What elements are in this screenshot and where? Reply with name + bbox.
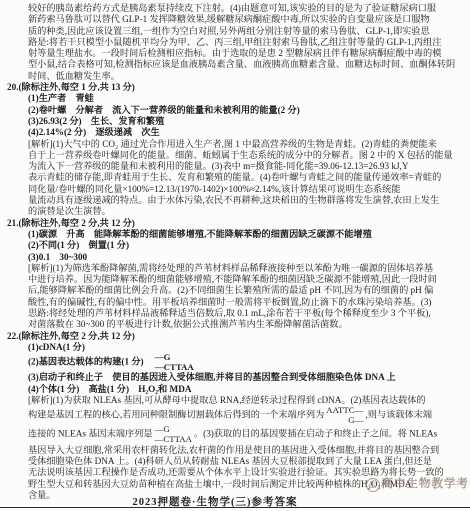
text-line: 时间、低血糖发生率。 xyxy=(7,71,467,82)
text-segment: [解析](1)大气中的 CO₂ 通过光合作用进入生产者,图 1 中最高营养级的生… xyxy=(28,139,437,149)
sticky-end-notation: —G—CTTAA xyxy=(155,353,194,372)
document-body: 较好的胰岛素给药方式是胰岛素泵持续皮下注射。(4)由题意可知,该实验的目的是为了… xyxy=(0,0,470,501)
text-line: [解析](1)大气中的 CO₂ 通过光合作用进入生产者,图 1 中最高营养级的生… xyxy=(7,139,467,150)
text-line: 量流动具有逐级递减的特点。由于水体污染,农民不再耕种,这块稻田的生物群落将发生演… xyxy=(7,195,467,206)
text-line: 对菌落数在 30~300 的平板进行计数,依据公式推测芦苇内生苯酚降解菌活菌数。 xyxy=(7,319,467,330)
text-line: (3)启动子和终止子 使目的基因进入受体细胞,并将目的基因整合到受体细胞染色体 … xyxy=(7,372,467,383)
text-line: (4)2.14%(2 分) 逐级递减 次生 xyxy=(7,127,467,138)
text-line: 野生型大豆和转基因大豆幼苗种植在高盐土壤中,一段时间后测定并比较两种植株的H₂O… xyxy=(7,479,467,490)
text-segment: 20.(除标注外,每空 1 分,共 13 分) xyxy=(7,82,135,92)
text-segment: 为流入下一营养级的能量和未被利用的能量。(3)表中 m=摄食能-同化能=39.0… xyxy=(28,161,408,171)
text-segment: 较好的胰岛素给药方式是胰岛素泵持续皮下注射。(4)由题意可知,该实验的目的是为了… xyxy=(28,3,436,13)
sticky-end-notation: AATTC—G— xyxy=(326,406,363,425)
text-line: 的演替是次生演替。 xyxy=(7,206,467,217)
text-segment: (2)不同(1 分) 倒置(1 分) xyxy=(28,240,129,250)
text-line: (2)基因表达载体的构建(1 分) —G—CTTAA xyxy=(7,353,467,372)
text-segment: 对菌落数在 30~300 的平板进行计数,依据公式推测芦苇内生苯酚降解菌活菌数。 xyxy=(28,319,348,329)
text-segment: 。(3)获取的目的基因要插在启动子和终止子之间。将 NLEAs xyxy=(194,429,437,439)
text-line: [解析](1)为筛选苯酚降解菌,需将经处理的芦苇材料样品稀释液接种至以苯酚为唯一… xyxy=(7,263,467,274)
text-line: 型小鼠,结合表格可知,检测指标应该是血液胰岛素含量、血液胰高血糖素含量、血糖达标… xyxy=(7,59,467,70)
text-segment: 22.(除标注外,每空 2 分,共 12 分) xyxy=(7,331,135,341)
text-line: 构建是基因工程的核心,若用同种限制酶切割载体后得到的一个末端序列为AATTC—G… xyxy=(7,406,467,425)
text-segment: (2)卷叶螺 分解者 流入下一营养级的能量和未被利用的能量(2 分) xyxy=(28,105,300,115)
text-segment: 同化量/卷叶螺的同化量×100%=12.13/(1970-1402)×100%≈… xyxy=(28,184,401,194)
text-segment: 野生型大豆和转基因大豆幼苗种植在高盐土壤中,一段时间后测定并比较两种植株的H₂O… xyxy=(28,479,411,489)
text-segment: (4)个体(1 分) 高盐(1 分) H₂O₂和 MDA xyxy=(28,384,191,394)
text-line: 射等量生理盐水。一段时间后检测相应指标。由于选取的是患 2 型糖尿病且伴有糖尿病… xyxy=(7,48,467,59)
answer-sheet-page: 较好的胰岛素给药方式是胰岛素泵持续皮下注射。(4)由题意可知,该实验的目的是为了… xyxy=(0,0,470,511)
text-line: (2)不同(1 分) 倒置(1 分) xyxy=(7,240,467,251)
text-segment: 后,能够降解苯酚的细菌比例会升高。(2)不同细菌生长繁殖所需的最适 pH 不同,… xyxy=(28,285,433,295)
text-segment: ,则与该载体末端 xyxy=(365,410,432,420)
text-segment: 型小鼠,结合表格可知,检测指标应该是血液胰岛素含量、血液胰高血糖素含量、血糖达标… xyxy=(28,59,455,69)
text-line: 表示青蛙的储存能,即青蛙用于生长、发育和繁殖的能量。(4)卷叶螺与青蛙之间的能量… xyxy=(7,172,467,183)
text-segment: 射等量生理盐水。一段时间后检测相应指标。由于选取的是患 2 型糖尿病且伴有糖尿病… xyxy=(28,48,441,58)
text-segment: 构建是基因工程的核心,若用同种限制酶切割载体后得到的一个末端序列为 xyxy=(28,410,324,420)
text-line: 新药索马鲁肽可以替代 GLP-1 发挥降糖效果,缓解糖尿病酮症酸中毒,所以实验的… xyxy=(7,14,467,25)
text-segment: 质的种类,因此应该设置三组,一组作为空白对照,另外两组分别注射等量的索马鲁肽、G… xyxy=(28,26,430,36)
text-segment: (3)26.93(2 分) 生长、发育和繁殖 xyxy=(28,116,164,126)
text-line: 同化量/卷叶螺的同化量×100%=12.13/(1970-1402)×100%≈… xyxy=(7,184,467,195)
text-segment: [解析](1)为筛选苯酚降解菌,需将经处理的芦苇材料样品稀释液接种至以苯酚为唯一… xyxy=(28,263,433,273)
text-line: (4)个体(1 分) 高盐(1 分) H₂O₂和 MDA xyxy=(7,384,467,395)
text-segment: 时间、低血糖发生率。 xyxy=(28,71,120,81)
text-line: (3)0.1 30~300 xyxy=(7,252,467,263)
text-line: [解析](1)为获取 NLEAs 基因,可从酵母中提取总 RNA,经逆转录过程得… xyxy=(7,395,467,406)
text-line: 路是:将若干只模型小鼠随机平均分为甲、乙、丙三组,甲组注射索马鲁肽,乙组注射等量… xyxy=(7,37,467,48)
text-segment: 新药索马鲁肽可以替代 GLP-1 发挥降糖效果,缓解糖尿病酮症酸中毒,所以实验的… xyxy=(28,14,430,24)
text-line: 受体细胞染色体 DNA 上。(4)科研人员从转耐盐 NLEAs 基因大豆根部提取… xyxy=(7,456,467,467)
text-segment: (1)生产者 青蛙 xyxy=(28,93,94,103)
text-line: 思路:将经处理的芦苇材料样品液稀释适当倍数后,取 0.1 mL,涂布若干平板(每… xyxy=(7,308,467,319)
text-segment: 表示青蛙的储存能,即青蛙用于生长、发育和繁殖的能量。(4)卷叶螺与青蛙之间的能量… xyxy=(28,172,441,182)
text-line: 酸性,有的偏碱性,有的偏中性。用平板培养细菌时一般需将平板倒置,防止滴下的水珠污… xyxy=(7,297,467,308)
text-segment: 酸性,有的偏碱性,有的偏中性。用平板培养细菌时一般需将平板倒置,防止滴下的水珠污… xyxy=(28,297,431,307)
text-line: 21.(除标注外,每空 2 分,共 12 分) xyxy=(7,218,467,229)
text-segment: 无法说明该基因工程操作是否成功,还需要从个体水平上设计实验进行验证。其实验思路为… xyxy=(28,467,444,477)
text-segment: (3)启动子和终止子 使目的基因进入受体细胞,并将目的基因整合到受体细胞染色体 … xyxy=(28,372,396,382)
text-line: 20.(除标注外,每空 1 分,共 13 分) xyxy=(7,82,467,93)
text-segment: 中进行培养。因为能降解苯酚的细菌能够增殖,不能降解苯酚的细菌因缺乏碳源不能增殖,… xyxy=(28,274,437,284)
text-line: 无法说明该基因工程操作是否成功,还需要从个体水平上设计实验进行验证。其实验思路为… xyxy=(7,467,467,478)
text-line: 基因导入大豆细胞,常采用农杆菌转化法,农杆菌的作用是使目的基因进入受体细胞,并将… xyxy=(7,445,467,456)
text-line: 连接的 NLEAs 基因末端序列是—G—CTTAA。(3)获取的目的基因要插在启… xyxy=(7,425,467,444)
text-segment: 自于上一营养级卷叶螺同化的能量。细菌、蚯蚓属于生态系统的成分中的分解者。图 2 … xyxy=(28,150,453,160)
text-segment: 21.(除标注外,每空 2 分,共 12 分) xyxy=(7,218,135,228)
sticky-end-notation: —G—CTTAA xyxy=(155,425,192,444)
text-segment: (3)0.1 30~300 xyxy=(28,252,87,262)
text-line: (1)碳源 升高 能降解苯酚的细菌能够增殖,不能降解苯酚的细菌因缺乏碳源不能增殖 xyxy=(7,229,467,240)
text-segment: [解析](1)为获取 NLEAs 基因,可从酵母中提取总 RNA,经逆转录过程得… xyxy=(28,395,426,405)
text-line: 中进行培养。因为能降解苯酚的细菌能够增殖,不能降解苯酚的细菌因缺乏碳源不能增殖,… xyxy=(7,274,467,285)
text-segment: 基因导入大豆细胞,常采用农杆菌转化法,农杆菌的作用是使目的基因进入受体细胞,并将… xyxy=(28,445,439,455)
text-segment: 思路:将经处理的芦苇材料样品液稀释适当倍数后,取 0.1 mL,涂布若干平板(每… xyxy=(28,308,431,318)
text-line: 自于上一营养级卷叶螺同化的能量。细菌、蚯蚓属于生态系统的成分中的分解者。图 2 … xyxy=(7,150,467,161)
text-line: 较好的胰岛素给药方式是胰岛素泵持续皮下注射。(4)由题意可知,该实验的目的是为了… xyxy=(7,3,467,14)
text-line: 后,能够降解苯酚的细菌比例会升高。(2)不同细菌生长繁殖所需的最适 pH 不同,… xyxy=(7,285,467,296)
text-segment: 路是:将若干只模型小鼠随机平均分为甲、乙、丙三组,甲组注射索马鲁肽,乙组注射等量… xyxy=(28,37,441,47)
text-segment: 的演替是次生演替。 xyxy=(28,206,111,216)
text-line: 质的种类,因此应该设置三组,一组作为空白对照,另外两组分别注射等量的索马鲁肽、G… xyxy=(7,26,467,37)
text-segment: (1)cDNA(1 分) xyxy=(28,342,85,352)
bottom-rule xyxy=(0,507,470,508)
text-segment: 受体细胞染色体 DNA 上。(4)科研人员从转耐盐 NLEAs 基因大豆根部提取… xyxy=(28,456,432,466)
text-line: (3)26.93(2 分) 生长、发育和繁殖 xyxy=(7,116,467,127)
text-line: 为流入下一营养级的能量和未被利用的能量。(3)表中 m=摄食能-同化能=39.0… xyxy=(7,161,467,172)
text-segment: (1)碳源 升高 能降解苯酚的细菌能够增殖,不能降解苯酚的细菌因缺乏碳源不能增殖 xyxy=(28,229,372,239)
text-line: (2)卷叶螺 分解者 流入下一营养级的能量和未被利用的能量(2 分) xyxy=(7,105,467,116)
text-segment: (2)基因表达载体的构建(1 分) xyxy=(28,357,153,367)
text-line: (1)cDNA(1 分) xyxy=(7,342,467,353)
text-segment: 量流动具有逐级递减的特点。由于水体污染,农民不再耕种,这块稻田的生物群落将发生演… xyxy=(28,195,439,205)
text-line: 22.(除标注外,每空 2 分,共 12 分) xyxy=(7,331,467,342)
text-segment: 连接的 NLEAs 基因末端序列是 xyxy=(28,429,153,439)
text-line: (1)生产者 青蛙 xyxy=(7,93,467,104)
text-segment: (4)2.14%(2 分) 逐级递减 次生 xyxy=(28,127,160,137)
